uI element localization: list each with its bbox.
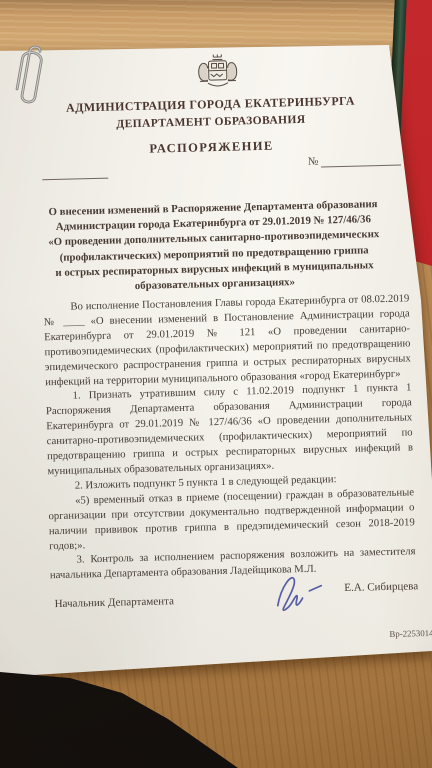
signer-name: Е.А. Сибирцева [344, 580, 418, 594]
document-title: О внесении изменений в Распоряжение Депа… [15, 196, 413, 297]
document-number-row: № [308, 154, 402, 168]
document-body: Во исполнение Постановления Главы города… [43, 291, 416, 583]
body-paragraph: «5) временный отказ в приеме (посещении)… [48, 485, 415, 554]
number-label: № [308, 156, 319, 168]
date-blank-line [42, 167, 108, 181]
handwritten-signature [267, 568, 330, 618]
document-sheet: АДМИНИСТРАЦИЯ ГОРОДА ЕКАТЕРИНБУРГА ДЕПАР… [0, 0, 432, 768]
signer-position: Начальник Департамента [55, 595, 175, 610]
body-paragraph: Во исполнение Постановления Главы города… [43, 291, 411, 389]
ekaterinburg-crest-icon [194, 52, 241, 95]
number-blank-line [321, 154, 401, 168]
document-code: Вр-2253014 [389, 628, 432, 639]
document-content: АДМИНИСТРАЦИЯ ГОРОДА ЕКАТЕРИНБУРГА ДЕПАР… [0, 0, 432, 768]
paper-shadow-wrap: АДМИНИСТРАЦИЯ ГОРОДА ЕКАТЕРИНБУРГА ДЕПАР… [0, 0, 432, 768]
photo-scene: АДМИНИСТРАЦИЯ ГОРОДА ЕКАТЕРИНБУРГА ДЕПАР… [0, 0, 432, 768]
body-paragraph: 1. Признать утратившим силу с 11.02.2019… [45, 381, 413, 479]
